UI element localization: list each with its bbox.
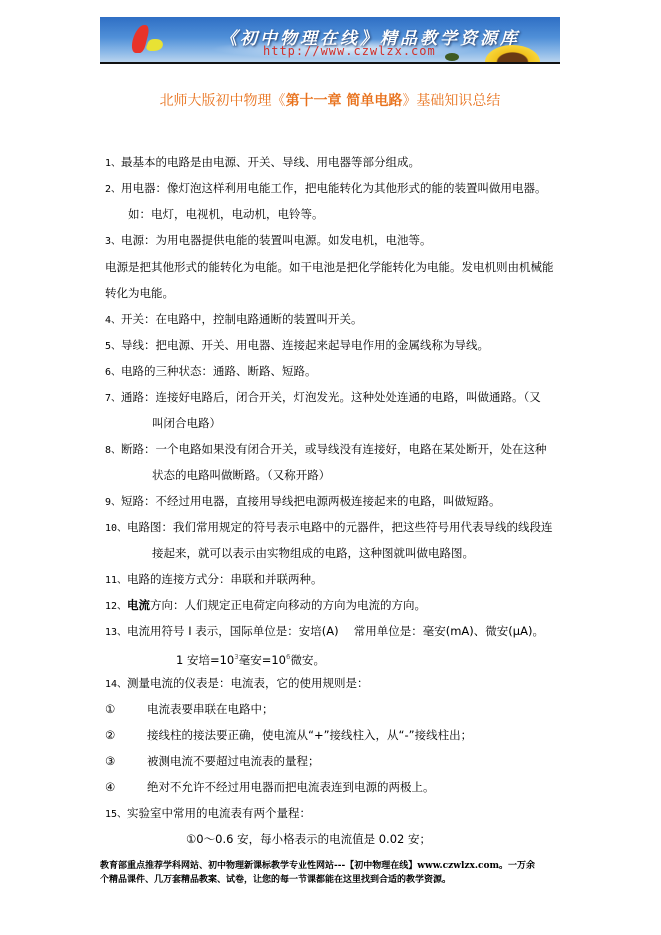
item-text: 断路：一个电路如果没有闭合开关，或导线没有连接好，电路在某处断开，处在这种 [121,442,547,456]
title-prefix: 北师大版初中物理《 [160,93,286,109]
item-8-cont: 状态的电路叫做断路。（又称开路） [152,468,330,482]
item-10: 10、电路图：我们常用规定的符号表示电路中的元器件，把这些符号用代表导线的线段连 [105,520,553,536]
item-3-detail-cont: 转化为电能。 [105,286,174,300]
site-banner: 《初中物理在线》精品教学资源库 http://www.czwlzx.com [100,17,560,62]
item-1: 1、最基本的电路是由电源、开关、导线、用电器等部分组成。 [105,155,420,171]
rule-3: ③被测电流不要超过电流表的量程； [105,754,320,768]
rule-marker: ④ [105,780,147,794]
item-text: 接起来，就可以表示由实物组成的电路，这种图就叫做电路图。 [152,546,474,560]
item-14: 14、测量电流的仪表是：电流表，它的使用规则是： [105,676,369,692]
item-12: 12、电流方向：人们规定正电荷定向移动的方向为电流的方向。 [105,598,426,614]
conversion-text: 1 安培=10 [176,653,234,667]
item-text: 如：电灯，电视机，电动机，电铃等。 [128,207,324,221]
title-chapter: 第十一章 简单电路 [286,93,403,109]
title-suffix: 》基础知识总结 [402,93,500,109]
footer-line-2: 个精品课件、几万套精品教案、试卷，让您的每一节课都能在这里找到合适的教学资源。 [100,873,570,887]
item-5: 5、导线：把电源、开关、用电器、连接起来起导电作用的金属线称为导线。 [105,338,489,354]
item-number: 15、 [105,809,127,820]
item-15: 15、实验室中常用的电流表有两个量程： [105,806,311,822]
item-number: 8、 [105,445,121,456]
item-number: 5、 [105,341,121,352]
item-13: 13、电流用符号 I 表示，国际单位是：安培(A) 常用单位是：毫安(mA)、微… [105,624,544,640]
item-number: 4、 [105,315,121,326]
item-text: 短路：不经过用电器，直接用导线把电源两极连接起来的电路，叫做短路。 [121,494,501,508]
item-4: 4、开关：在电路中，控制电路通断的装置叫开关。 [105,312,363,328]
item-text: 实验室中常用的电流表有两个量程： [127,806,311,820]
item-number: 6、 [105,367,121,378]
footer-line-1: 教育部重点推荐学科网站、初中物理新课标教学专业性网站---【初中物理在线】www… [100,859,570,873]
item-7-cont: 叫闭合电路） [152,416,221,430]
rule-marker: ① [105,702,147,716]
item-number: 13、 [105,627,127,638]
item-text: 通路：连接好电路后，闭合开关，灯泡发光。这种处处连通的电路，叫做通路。（又 [121,390,541,404]
item-number: 2、 [105,184,121,195]
rule-1: ①电流表要串联在电路中； [105,702,274,716]
item-text: ①0～0.6 安，每小格表示的电流值是 0.02 安； [186,832,431,846]
item-number: 7、 [105,393,121,404]
item-text: 电路的连接方式分：串联和并联两种。 [127,572,323,586]
item-text: 状态的电路叫做断路。（又称开路） [152,468,330,482]
item-text: 叫闭合电路） [152,416,221,430]
item-2-example: 如：电灯，电视机，电动机，电铃等。 [128,207,324,221]
item-number: 9、 [105,497,121,508]
page-footer: 教育部重点推荐学科网站、初中物理新课标教学专业性网站---【初中物理在线】www… [100,859,570,887]
item-13-conversion: 1 安培=103毫安=106微安。 [176,650,325,667]
logo-accent-icon [145,39,165,51]
leaf-decoration [445,53,459,61]
rule-4: ④绝对不允许不经过用电器而把电流表连到电源的两极上。 [105,780,435,794]
item-3: 3、电源：为用电器提供电能的装置叫电源。如发电机，电池等。 [105,233,432,249]
item-number: 12、 [105,601,127,612]
item-text: 绝对不允许不经过用电器而把电流表连到电源的两极上。 [147,780,435,794]
item-text: 测量电流的仪表是：电流表，它的使用规则是： [127,676,369,690]
banner-url[interactable]: http://www.czwlzx.com [263,44,436,58]
header-divider [100,62,560,64]
conversion-text: 毫安=10 [239,653,286,667]
item-text: 接线柱的接法要正确，使电流从“+”接线柱入，从“-”接线柱出； [147,728,472,742]
item-text: 用电器：像灯泡这样利用电能工作，把电能转化为其他形式的能的装置叫做用电器。 [121,181,547,195]
item-number: 11、 [105,575,127,586]
rule-marker: ③ [105,754,147,768]
item-10-cont: 接起来，就可以表示由实物组成的电路，这种图就叫做电路图。 [152,546,474,560]
item-8: 8、断路：一个电路如果没有闭合开关，或导线没有连接好，电路在某处断开，处在这种 [105,442,547,458]
item-bold-term: 电流 [127,598,150,612]
item-3-detail: 电源是把其他形式的能转化为电能。如干电池是把化学能转化为电能。发电机则由机械能 [105,260,554,274]
item-number: 10、 [105,523,127,534]
item-number: 1、 [105,158,121,169]
item-text: 电流表要串联在电路中； [147,702,274,716]
item-text: 转化为电能。 [105,286,174,300]
item-7: 7、通路：连接好电路后，闭合开关，灯泡发光。这种处处连通的电路，叫做通路。（又 [105,390,541,406]
rule-marker: ② [105,728,147,742]
document-title: 北师大版初中物理《第十一章 简单电路》基础知识总结 [100,90,560,110]
item-text: 电流用符号 I 表示，国际单位是：安培(A) 常用单位是：毫安(mA)、微安(μ… [127,624,544,638]
item-text: 电源：为用电器提供电能的装置叫电源。如发电机，电池等。 [121,233,432,247]
item-text: 电源是把其他形式的能转化为电能。如干电池是把化学能转化为电能。发电机则由机械能 [105,260,554,274]
item-text: 被测电流不要超过电流表的量程； [147,754,320,768]
item-15-range-1: ①0～0.6 安，每小格表示的电流值是 0.02 安； [186,832,431,846]
item-text: 最基本的电路是由电源、开关、导线、用电器等部分组成。 [121,155,420,169]
item-text: 导线：把电源、开关、用电器、连接起来起导电作用的金属线称为导线。 [121,338,489,352]
rule-2: ②接线柱的接法要正确，使电流从“+”接线柱入，从“-”接线柱出； [105,728,472,742]
item-6: 6、电路的三种状态：通路、断路、短路。 [105,364,317,380]
item-text: 方向：人们规定正电荷定向移动的方向为电流的方向。 [150,598,426,612]
conversion-text: 微安。 [290,653,325,667]
item-text: 开关：在电路中，控制电路通断的装置叫开关。 [121,312,363,326]
item-number: 14、 [105,679,127,690]
item-number: 3、 [105,236,121,247]
item-2: 2、用电器：像灯泡这样利用电能工作，把电能转化为其他形式的能的装置叫做用电器。 [105,181,547,197]
item-11: 11、电路的连接方式分：串联和并联两种。 [105,572,323,588]
item-9: 9、短路：不经过用电器，直接用导线把电源两极连接起来的电路，叫做短路。 [105,494,501,510]
item-text: 电路的三种状态：通路、断路、短路。 [121,364,317,378]
item-text: 电路图：我们常用规定的符号表示电路中的元器件，把这些符号用代表导线的线段连 [127,520,553,534]
